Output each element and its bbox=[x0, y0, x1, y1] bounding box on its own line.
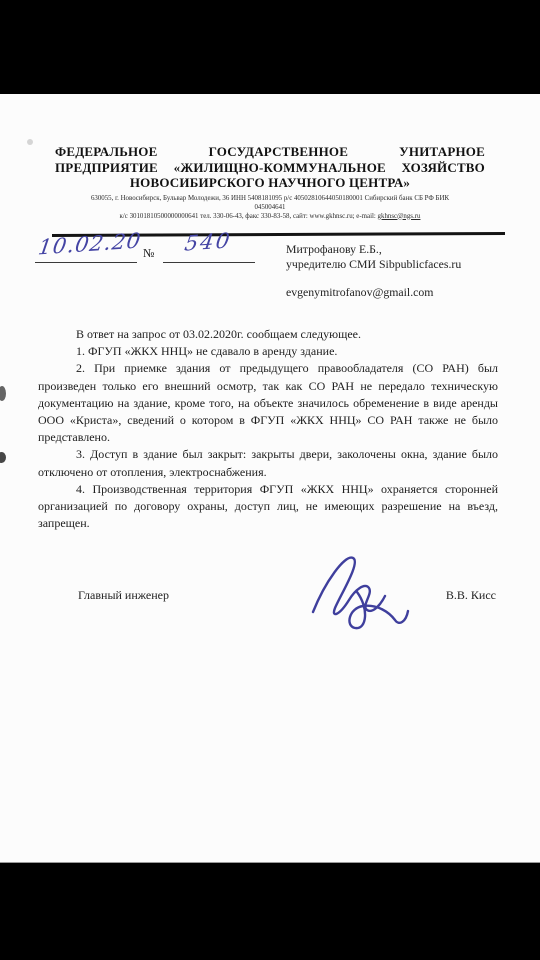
letterbox-bottom bbox=[0, 862, 540, 960]
scan-artifact bbox=[0, 452, 6, 463]
recipient-block: Митрофанову Е.Б., учредителю СМИ Sibpubl… bbox=[286, 242, 496, 300]
scanned-letter-page: ФЕДЕРАЛЬНОЕ ГОСУДАРСТВЕННОЕ УНИТАРНОЕ ПР… bbox=[0, 94, 540, 862]
recipient-email: evgenymitrofanov@gmail.com bbox=[286, 285, 496, 300]
handwritten-signature bbox=[300, 542, 420, 634]
reference-block: 10.02.20 № 540 bbox=[35, 236, 265, 276]
body-paragraph: В ответ на запрос от 03.02.2020г. сообща… bbox=[38, 326, 498, 343]
letterhead: ФЕДЕРАЛЬНОЕ ГОСУДАРСТВЕННОЕ УНИТАРНОЕ ПР… bbox=[55, 144, 485, 221]
letter-body: В ответ на запрос от 03.02.2020г. сообща… bbox=[38, 326, 498, 532]
org-details: 630055, г. Новосибирск, Бульвар Молодежи… bbox=[55, 194, 485, 221]
scan-artifact bbox=[0, 386, 6, 401]
date-underline bbox=[35, 262, 137, 263]
org-address-bank: 630055, г. Новосибирск, Бульвар Молодежи… bbox=[91, 195, 449, 202]
body-paragraph: 2. При приемке здания от предыдущего пра… bbox=[38, 360, 498, 446]
body-paragraph: 3. Доступ в здание был закрыт: закрыты д… bbox=[38, 446, 498, 480]
org-contacts: к/с 30101810500000000641 тел. 330-06-43,… bbox=[120, 213, 378, 220]
org-title-line3: НОВОСИБИРСКОГО НАУЧНОГО ЦЕНТРА» bbox=[55, 175, 485, 191]
handwritten-number: 540 bbox=[183, 228, 233, 255]
signer-name: В.В. Кисс bbox=[446, 588, 496, 603]
number-underline bbox=[163, 262, 255, 263]
org-bik: 045004641 bbox=[254, 204, 285, 211]
recipient-role: учредителю СМИ Sibpublicfaces.ru bbox=[286, 257, 496, 272]
org-email-link: gkhnsc@ngs.ru bbox=[378, 213, 421, 220]
signature-block: Главный инженер В.В. Кисс bbox=[38, 580, 498, 670]
letterbox-top bbox=[0, 0, 540, 94]
org-title-line2: ПРЕДПРИЯТИЕ «ЖИЛИЩНО-КОММУНАЛЬНОЕ ХОЗЯЙС… bbox=[55, 160, 485, 176]
scan-artifact bbox=[27, 139, 33, 145]
number-sign: № bbox=[143, 246, 154, 261]
signer-position: Главный инженер bbox=[78, 588, 169, 603]
body-paragraph: 4. Производственная территория ФГУП «ЖКХ… bbox=[38, 481, 498, 533]
body-paragraph: 1. ФГУП «ЖКХ ННЦ» не сдавало в аренду зд… bbox=[38, 343, 498, 360]
org-title-line1: ФЕДЕРАЛЬНОЕ ГОСУДАРСТВЕННОЕ УНИТАРНОЕ bbox=[55, 144, 485, 160]
recipient-name: Митрофанову Е.Б., bbox=[286, 242, 496, 257]
